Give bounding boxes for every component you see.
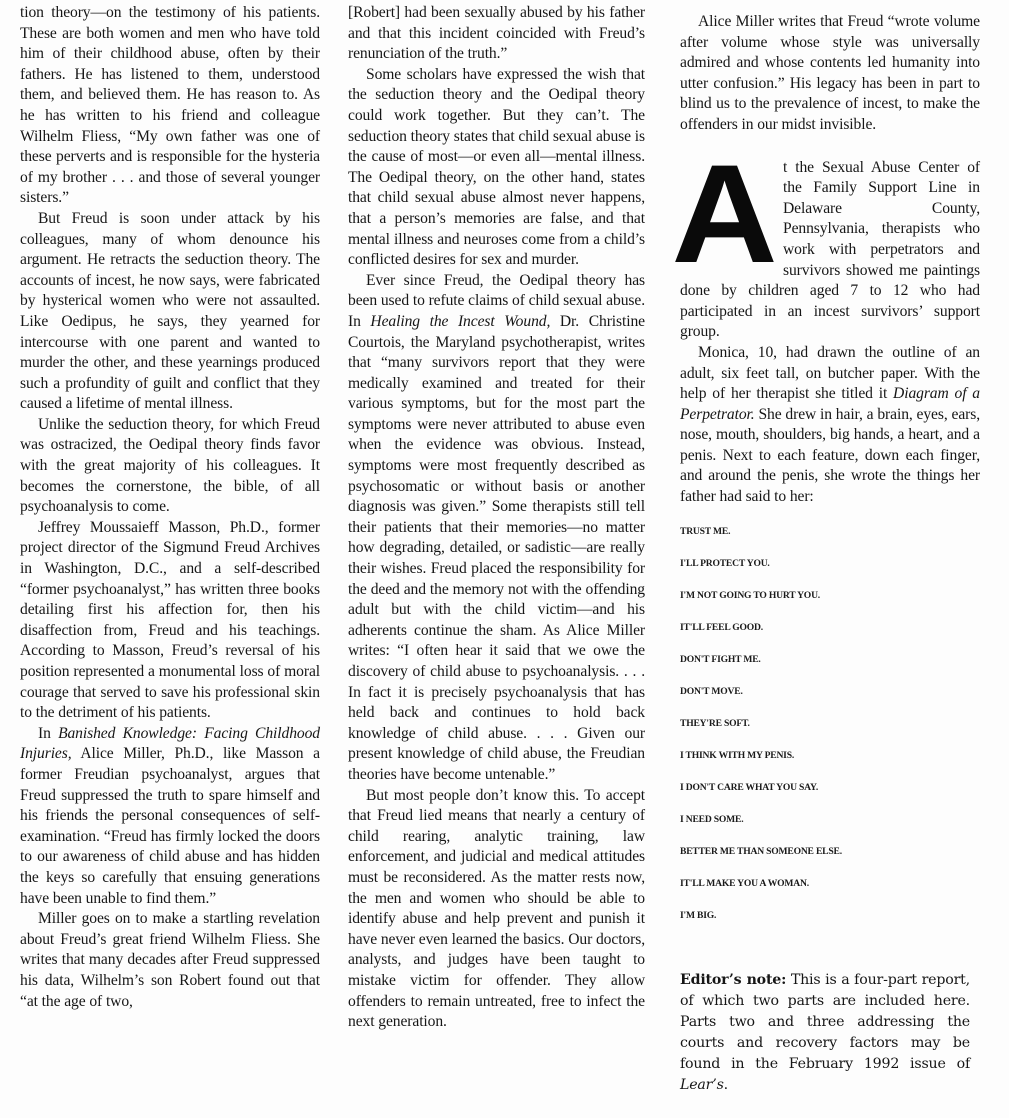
- quote-item: IT'LL MAKE YOU A WOMAN.: [680, 878, 980, 910]
- column-2: [Robert] had been sexually abused by his…: [348, 3, 645, 1033]
- paragraph: Unlike the seduction theory, for which F…: [20, 415, 320, 518]
- column-1: tion theory—on the testimony of his pati…: [20, 3, 320, 1012]
- quote-item: I'LL PROTECT YOU.: [680, 558, 980, 590]
- editor-note: Editor’s note: This is a four-part repor…: [680, 970, 970, 1096]
- column-3: Alice Miller writes that Freud “wrote vo…: [680, 12, 980, 942]
- drop-cap: A: [671, 162, 777, 266]
- quote-item: I DON'T CARE WHAT YOU SAY.: [680, 782, 980, 814]
- paragraph: Jeffrey Moussaieff Masson, Ph.D., former…: [20, 518, 320, 724]
- paragraph: Alice Miller writes that Freud “wrote vo…: [680, 12, 980, 136]
- text: In: [38, 725, 58, 742]
- section-opening: A t the Sexual Abuse Center of the Famil…: [680, 158, 980, 343]
- quote-item: BETTER ME THAN SOMEONE ELSE.: [680, 846, 980, 878]
- paragraph: Ever since Freud, the Oedipal theory has…: [348, 271, 645, 786]
- text: Dr. Christine Courtois, the Maryland psy…: [348, 313, 645, 783]
- paragraph: Monica, 10, had drawn the outline of an …: [680, 343, 980, 508]
- quote-item: I'M BIG.: [680, 910, 980, 942]
- quote-item: THEY'RE SOFT.: [680, 718, 980, 750]
- quote-item: I'M NOT GOING TO HURT YOU.: [680, 590, 980, 622]
- paragraph: tion theory—on the testimony of his pati…: [20, 3, 320, 209]
- quote-item: I NEED SOME.: [680, 814, 980, 846]
- text: .: [724, 1077, 728, 1093]
- paragraph: [Robert] had been sexually abused by his…: [348, 3, 645, 65]
- publication-name: Lear’s: [680, 1077, 724, 1093]
- quote-item: DON'T FIGHT ME.: [680, 654, 980, 686]
- quote-item: TRUST ME.: [680, 526, 980, 558]
- paragraph: In Banished Knowledge: Facing Childhood …: [20, 724, 320, 909]
- quote-list: TRUST ME. I'LL PROTECT YOU. I'M NOT GOIN…: [680, 526, 980, 942]
- book-title: Healing the Incest Wound,: [370, 313, 550, 330]
- paragraph: Some scholars have expressed the wish th…: [348, 65, 645, 271]
- quote-item: DON'T MOVE.: [680, 686, 980, 718]
- quote-item: IT'LL FEEL GOOD.: [680, 622, 980, 654]
- paragraph: Miller goes on to make a startling revel…: [20, 909, 320, 1012]
- quote-item: I THINK WITH MY PENIS.: [680, 750, 980, 782]
- editor-note-label: Editor’s note:: [680, 972, 786, 988]
- paragraph: But Freud is soon under attack by his co…: [20, 209, 320, 415]
- paragraph: But most people don’t know this. To acce…: [348, 786, 645, 1033]
- text: Alice Miller, Ph.D., like Masson a forme…: [20, 745, 320, 906]
